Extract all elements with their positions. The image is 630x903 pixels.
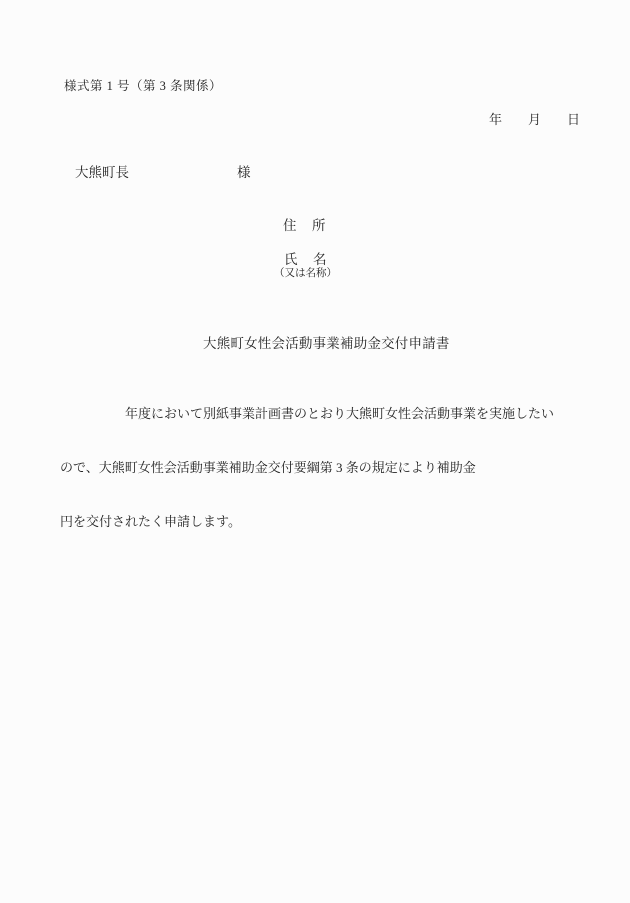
name-or-organization-note: （又は名称） [274, 265, 337, 280]
date-line: 年 月 日 [489, 109, 580, 128]
body-line: 年度において別紙事業計画書のとおり大熊町女性会活動事業を実施したい [60, 405, 605, 423]
address-label: 住 所 [283, 214, 327, 234]
body-line: ので、大熊町女性会活動事業補助金交付要綱第 3 条の規定により補助金 [60, 459, 605, 477]
addressee-name: 大熊町長 [75, 161, 129, 181]
form-number: 様式第 1 号（第 3 条関係） [64, 76, 222, 94]
body-paragraph: 年度において別紙事業計画書のとおり大熊町女性会活動事業を実施したい ので、大熊町… [60, 369, 605, 567]
addressee-honorific: 様 [237, 161, 251, 181]
document-title: 大熊町女性会活動事業補助金交付申請書 [203, 332, 450, 352]
body-line: 円を交付されたく申請します。 [60, 513, 605, 531]
application-form-page: 様式第 1 号（第 3 条関係） 年 月 日 大熊町長 様 住 所 氏 名 （又… [0, 0, 630, 903]
